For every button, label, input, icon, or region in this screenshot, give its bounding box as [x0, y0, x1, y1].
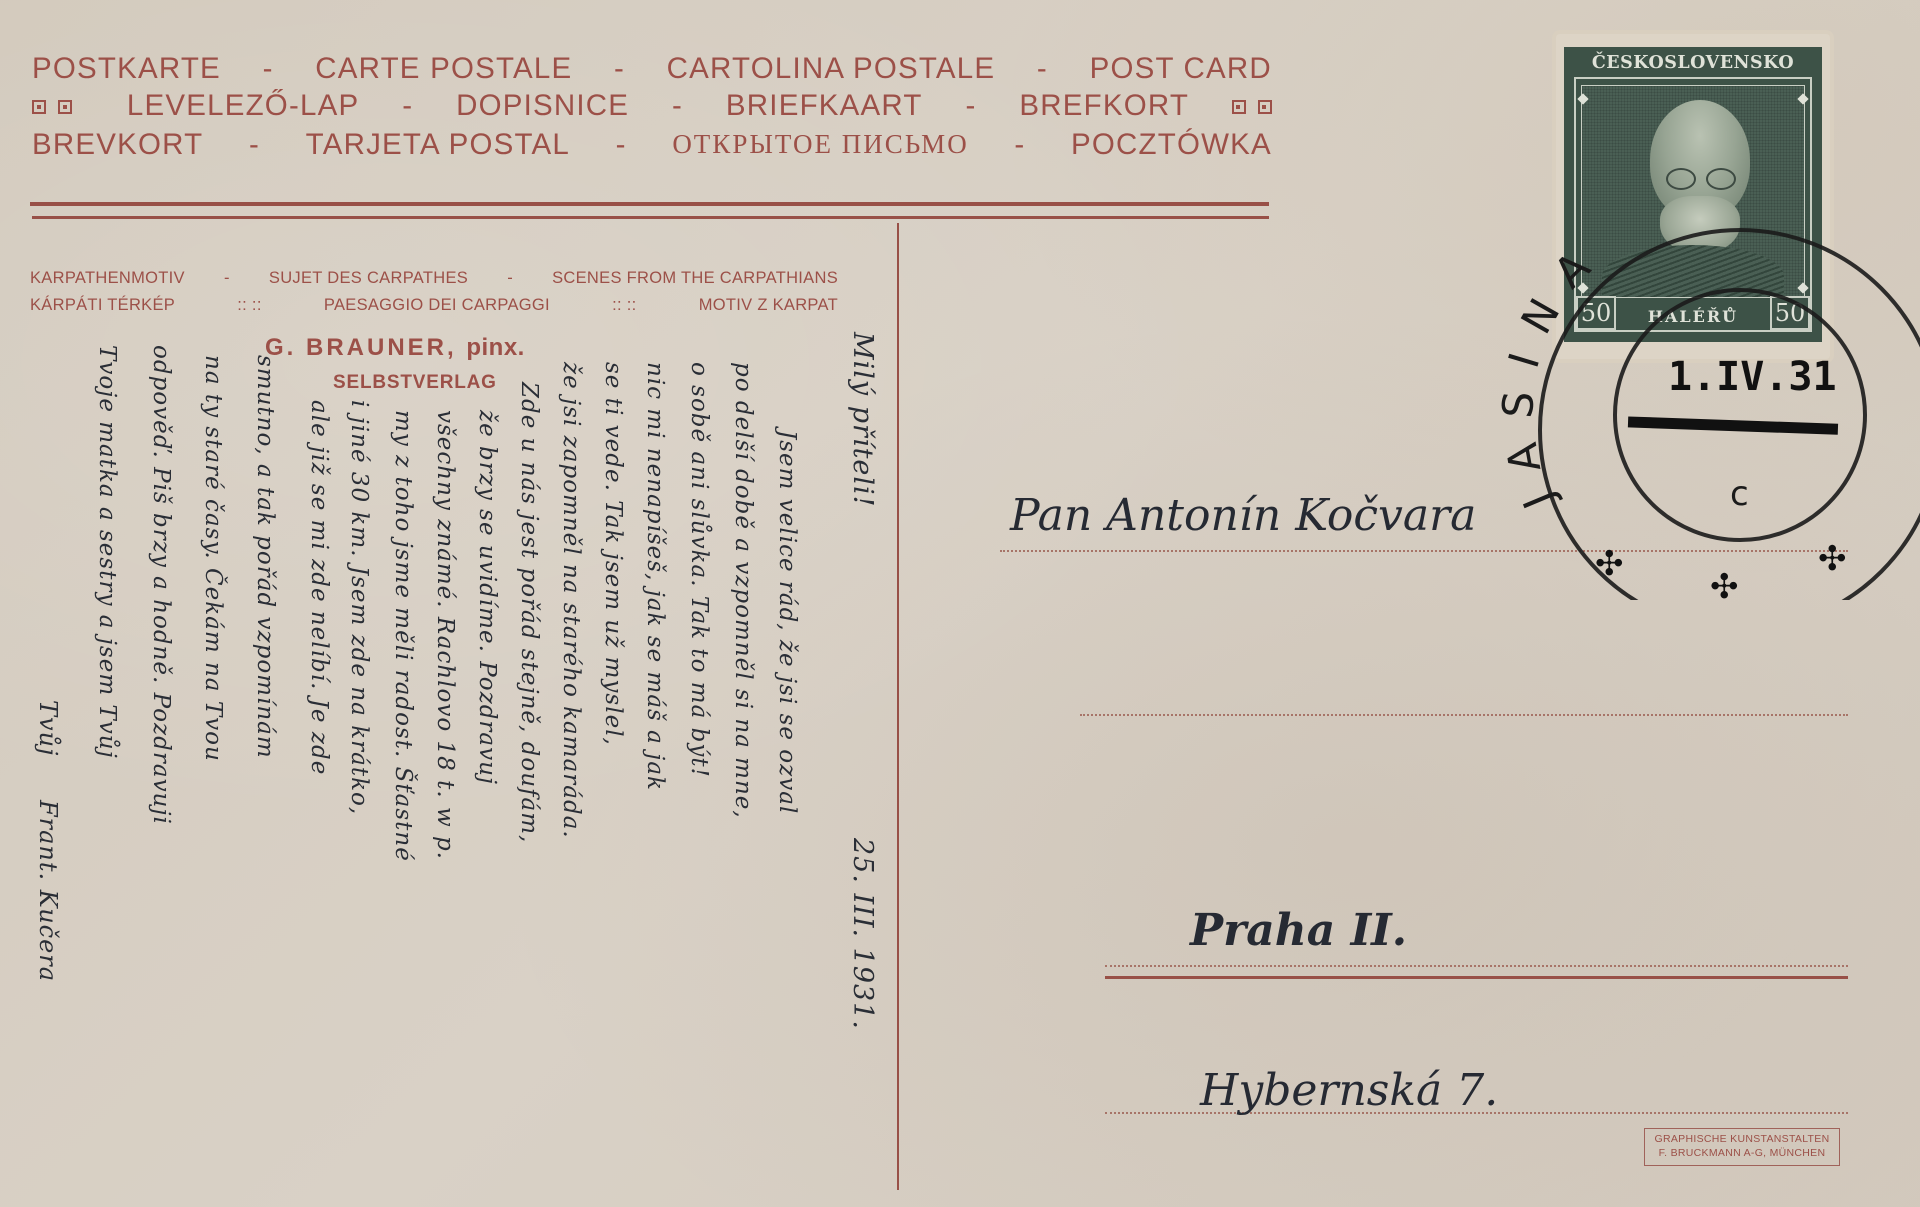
address-line-3: [1105, 965, 1848, 967]
address-street: Hybernská 7.: [1200, 1065, 1498, 1116]
ornament-left: [32, 91, 84, 121]
separator: -: [616, 130, 627, 160]
postage-stamp: ČESKOSLOVENSKO 50 50 HALÉŘŮ: [1564, 47, 1822, 342]
message-greeting: Milý příteli!: [847, 332, 878, 508]
separator: -: [614, 54, 625, 84]
caption-line-2: KÁRPÁTI TÉRKÉP :: :: PAESAGGIO DEI CARPA…: [30, 296, 838, 315]
message-closing: Tvůj: [34, 700, 62, 756]
postmark-suffix: c: [1730, 474, 1749, 514]
publisher: SELBSTVERLAG: [333, 372, 497, 394]
message-line: i jiné 30 km. Jsem zde na krátko,: [346, 400, 372, 815]
square-dot-icon: [1258, 100, 1272, 114]
caption-text: SCENES FROM THE CARPATHIANS: [552, 269, 838, 288]
address-rule: [1105, 976, 1848, 979]
title-no: BREVKORT: [32, 130, 203, 160]
title-de: POSTKARTE: [32, 54, 221, 84]
separator: :: ::: [237, 296, 261, 315]
portrait-coat: [1602, 245, 1784, 297]
artist-name: G. BRAUNER,: [265, 334, 457, 361]
title-en: POST CARD: [1090, 54, 1272, 84]
header-line-2: LEVELEZŐ-LAP - DOPISNICE - BRIEFKAART - …: [32, 91, 1272, 121]
square-dot-icon: [1232, 100, 1246, 114]
imprint-line-2: F. BRUCKMANN A-G, MÜNCHEN: [1645, 1146, 1839, 1160]
title-hu: LEVELEZŐ-LAP: [127, 91, 359, 121]
message-line: že jsi zapomněl na starého kamaráda.: [558, 362, 584, 839]
message-line: nic mi nenapíšeš, jak se máš a jak: [642, 362, 668, 791]
artist-suffix: pinx.: [466, 334, 525, 361]
separator: -: [672, 91, 683, 121]
caption-text: KÁRPÁTI TÉRKÉP: [30, 296, 175, 315]
header-line-1: POSTKARTE - CARTE POSTALE - CARTOLINA PO…: [32, 54, 1272, 84]
printer-imprint: GRAPHISCHE KUNSTANSTALTEN F. BRUCKMANN A…: [1644, 1128, 1840, 1166]
message-line: po delší době a vzpomněl si na mne,: [730, 362, 756, 819]
caption-text: MOTIV Z KARPAT: [699, 296, 838, 315]
separator: -: [263, 54, 274, 84]
title-cs: DOPISNICE: [456, 91, 629, 121]
separator: -: [402, 91, 413, 121]
title-it: CARTOLINA POSTALE: [667, 54, 996, 84]
message-line: všechny známé. Rachlovo 18 t. w p.: [432, 410, 458, 860]
message-line: že brzy se uvidíme. Pozdravuj: [474, 410, 500, 785]
square-dot-icon: [32, 100, 46, 114]
square-dot-icon: [58, 100, 72, 114]
message-line: o sobě ani slůvka. Tak to má být!: [686, 362, 712, 778]
separator: -: [249, 130, 260, 160]
title-sv: BREFKORT: [1019, 91, 1189, 121]
portrait-icon: [1581, 85, 1805, 298]
header-line-3: BREVKORT - TARJETA POSTAL - ОТКРЫТОЕ ПИС…: [32, 130, 1272, 160]
postmark-date: 1.IV.31: [1668, 354, 1837, 400]
message-line: smutno, a tak pořád vzpomínám: [252, 355, 278, 759]
stamp-country: ČESKOSLOVENSKO: [1564, 53, 1822, 73]
message-line: Jsem velice rád, že jsi se ozval: [774, 430, 800, 814]
stamp-currency: HALÉŘŮ: [1564, 307, 1822, 326]
message-line: se ti vede. Tak jsem už myslel,: [600, 362, 626, 746]
message-line: my z toho jsme měli radost. Šťastné: [390, 410, 416, 862]
postmark-ornament: ✣: [1710, 567, 1739, 600]
address-line-1: [1000, 550, 1848, 552]
caption-line-1: KARPATHENMOTIV - SUJET DES CARPATHES - S…: [30, 269, 838, 288]
portrait-glasses: [1666, 168, 1736, 188]
message-date: 25. III. 1931.: [847, 838, 878, 1030]
separator: -: [1037, 54, 1048, 84]
message-line: ale již se mi zde nelíbí. Je zde: [306, 400, 332, 775]
separator: -: [1014, 130, 1025, 160]
address-city: Praha II.: [1190, 905, 1407, 956]
caption-text: SUJET DES CARPATHES: [269, 269, 468, 288]
caption-text: PAESAGGIO DEI CARPAGGI: [324, 296, 550, 315]
title-pl: POCZTÓWKA: [1071, 130, 1272, 160]
title-ru: ОТКРЫТОЕ ПИСЬМО: [672, 131, 968, 158]
message-line: odpověď. Piš brzy a hodně. Pozdravuji: [148, 345, 174, 825]
vertical-divider: [897, 223, 899, 1190]
imprint-line-1: GRAPHISCHE KUNSTANSTALTEN: [1645, 1132, 1839, 1146]
message-line: Tvoje matka a sestry a jsem Tvůj: [94, 345, 120, 759]
separator: -: [507, 269, 513, 288]
ornament-right: [1232, 91, 1272, 121]
caption-text: KARPATHENMOTIV: [30, 269, 185, 288]
title-nl: BRIEFKAART: [726, 91, 923, 121]
title-fr: CARTE POSTALE: [315, 54, 572, 84]
address-line-2: [1080, 714, 1848, 716]
artist-credit: G. BRAUNER, pinx.: [265, 334, 525, 362]
separator: -: [965, 91, 976, 121]
postcard-back: POSTKARTE - CARTE POSTALE - CARTOLINA PO…: [0, 0, 1920, 1207]
address-recipient: Pan Antonín Kočvara: [1010, 490, 1476, 541]
message-signature: Frant. Kučera: [34, 800, 62, 982]
postmark-ornament: ✣: [1818, 539, 1847, 579]
separator: -: [224, 269, 230, 288]
message-line: Zde u nás jest pořád stejně, doufám,: [516, 382, 542, 843]
title-es: TARJETA POSTAL: [306, 130, 570, 160]
header-rule-thin: [32, 216, 1269, 219]
separator: :: ::: [612, 296, 636, 315]
header-rule-thick: [30, 202, 1269, 206]
message-line: na ty staré časy. Čekám na Tvou: [200, 355, 226, 762]
